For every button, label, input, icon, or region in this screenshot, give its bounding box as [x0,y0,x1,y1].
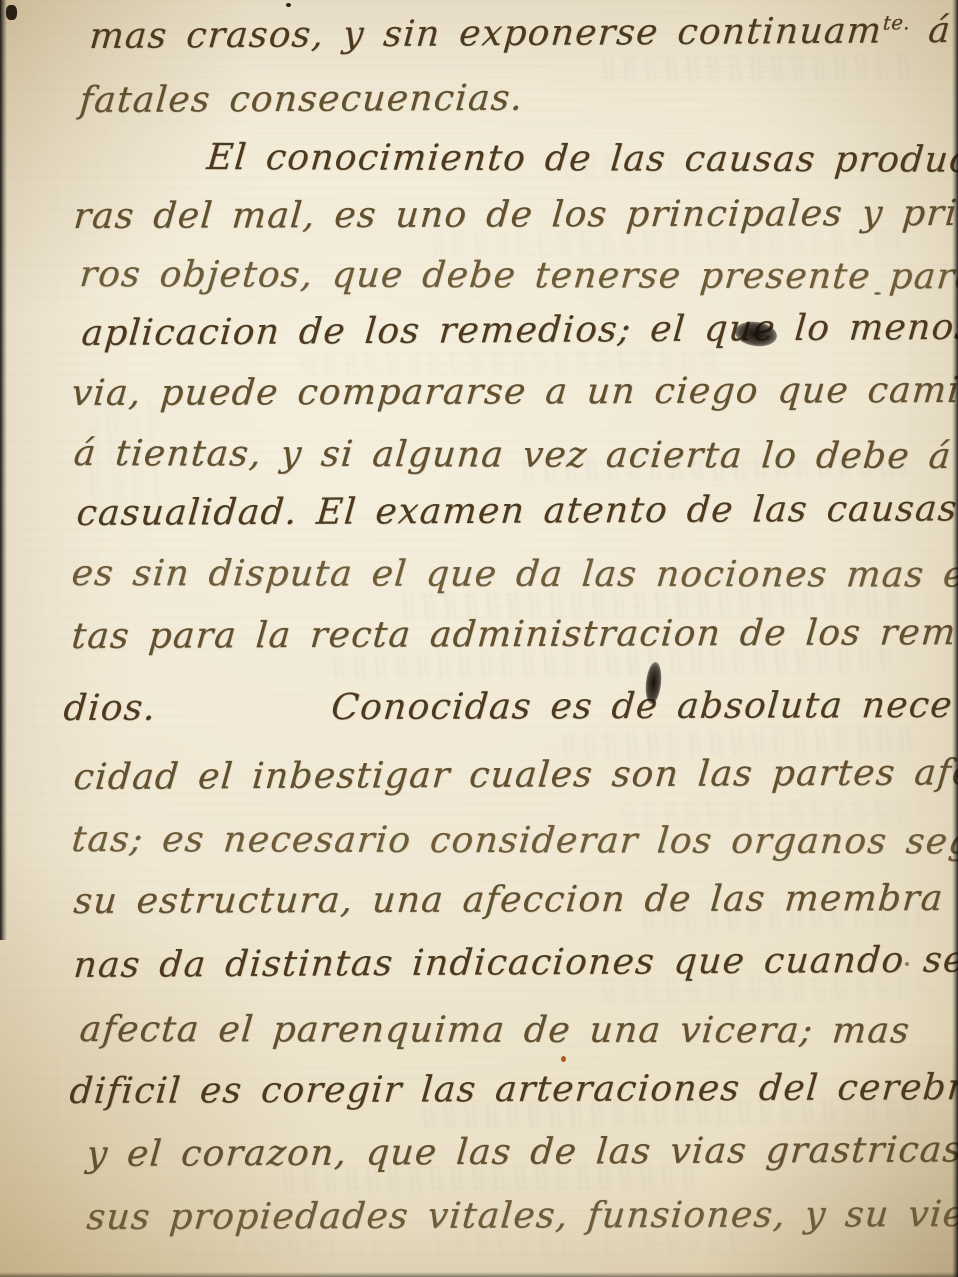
line-text: dios. [62,688,158,729]
manuscript-line: es sin disputa el que da las nociones ma… [70,553,958,596]
manuscript-line: ras del mal, es uno de los principales y… [72,193,958,237]
scan-edge-left [0,0,7,940]
line-text: á las mas [927,9,958,51]
ink-speck [286,3,291,7]
ink-speck [6,5,17,20]
manuscript-page: mas crasos, y sin exponerse continuamte.… [0,0,958,1277]
manuscript-line: afecta el parenquima de una vicera; mas [78,1009,912,1051]
scan-edge-bottom [0,1272,958,1277]
manuscript-line: cidad el inbestigar cuales son las parte… [72,752,958,798]
manuscript-line: su estructura, una afeccion de las membr… [72,878,945,922]
manuscript-line: aplicacion de los remedios; el que lo me… [80,306,958,354]
manuscript-line: ros objetos, que debe tenerse presente p… [78,254,958,297]
manuscript-line: via, puede compararse a un ciego que cam… [70,370,958,414]
manuscript-line: á tientas, y si alguna vez acierta lo de… [72,433,958,477]
manuscript-line: dios.Conocidas es de absoluta nece [62,685,955,729]
manuscript-line: dificil es coregir las arteraciones del … [68,1067,958,1112]
manuscript-line: mas crasos, y sin exponerse continuamte.… [88,9,958,57]
manuscript-line: nas da distintas indicaciones que cuando… [72,940,958,986]
ink-showthrough [600,53,920,83]
superscript-abbreviation: te. [882,11,911,34]
manuscript-line: casualidad. El examen atento de las caus… [75,488,958,534]
manuscript-line: y el corazon, que las de las vias grastr… [85,1129,958,1175]
line-gap [155,719,330,720]
manuscript-line: tas para la recta administracion de los … [70,612,958,657]
manuscript-line: sus propiedades vitales, funsiones, y su… [85,1194,958,1238]
line-text: mas crasos, y sin exponerse continuam [88,10,884,57]
manuscript-line: fatales consecuencias. [78,78,525,121]
line-text: Conocidas es de absoluta nece [330,685,955,728]
manuscript-line: El conocimiento de las causas producto [205,137,958,181]
ink-speck [561,1056,566,1062]
manuscript-line: tas; es necesario considerar los organos… [70,819,958,862]
